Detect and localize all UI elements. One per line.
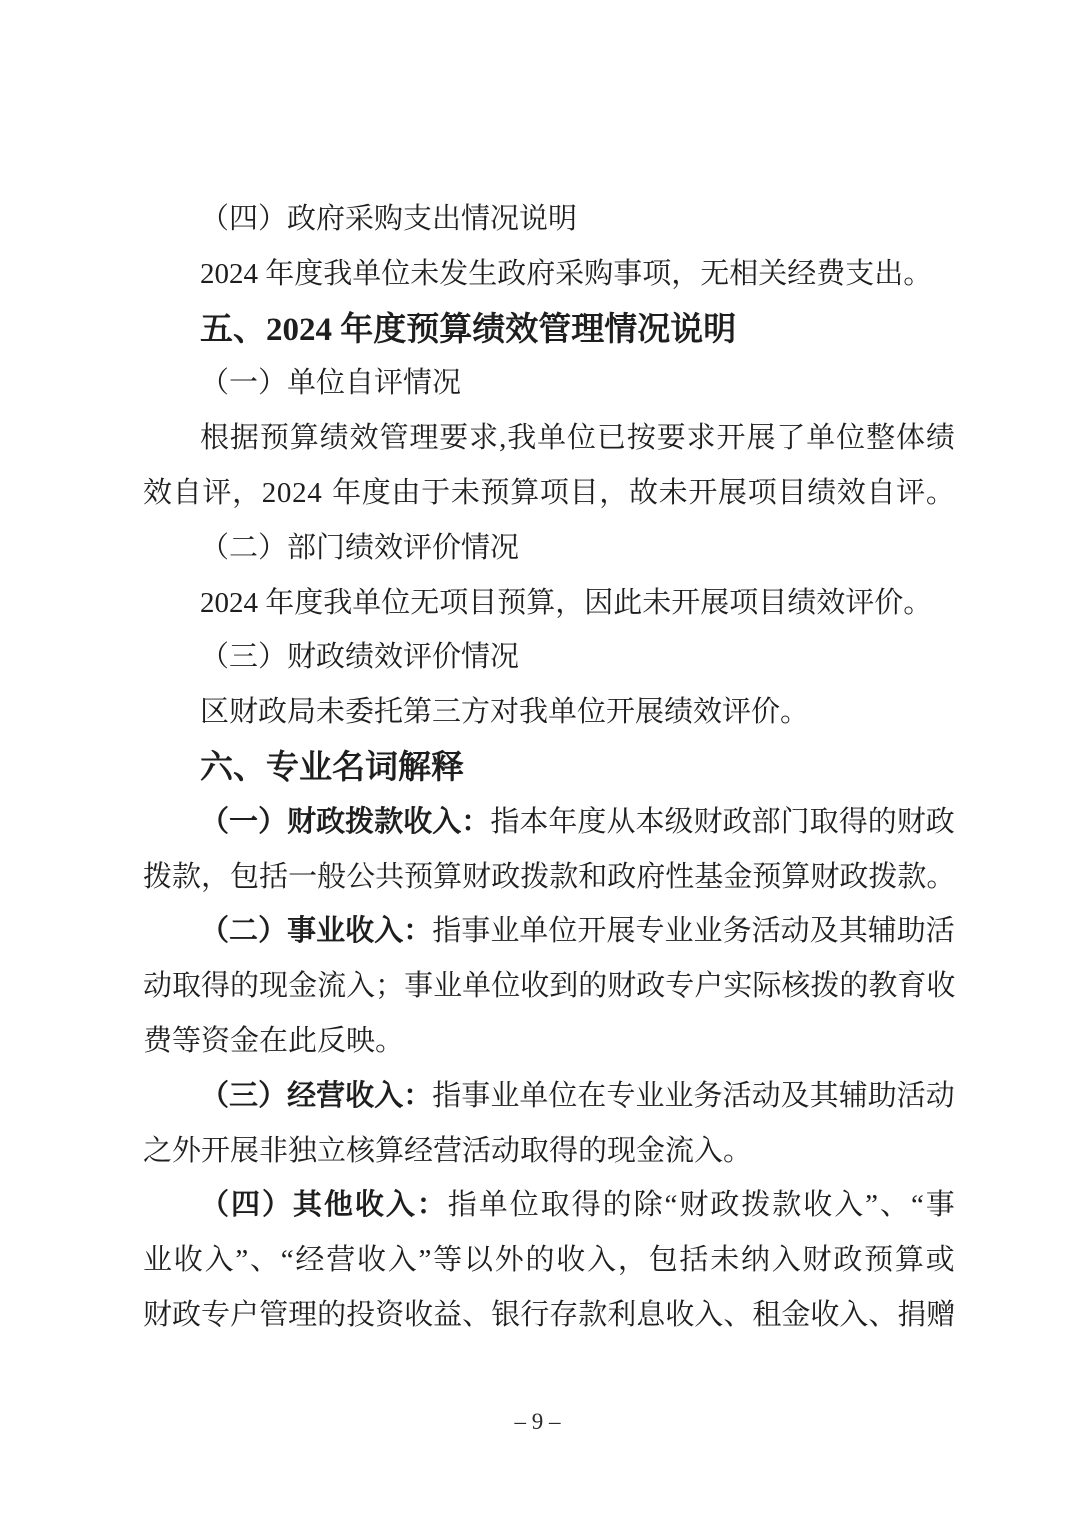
text-char: 算 — [433, 850, 462, 905]
text-run: 年度我单位无项目预算，因此未开展项目绩效评价。 — [265, 587, 932, 619]
text-char: 自 — [173, 466, 202, 521]
section-heading-line: 五、2024 年度预算绩效管理情况说明 — [143, 302, 955, 357]
text-char: 收 — [357, 1233, 386, 1288]
text-char: 的 — [839, 959, 868, 1014]
text-char: 拨 — [868, 850, 897, 905]
text-char: 我 — [507, 411, 536, 466]
text-char: 拨 — [345, 795, 374, 850]
text-char: 预 — [752, 850, 781, 905]
text-char: 年 — [332, 466, 361, 521]
text-char: 项 — [748, 466, 777, 521]
text-char: 据 — [230, 411, 259, 466]
text-line: 之外开展非独立核算经营活动取得的现金流入。 — [143, 1124, 955, 1179]
text-char: 展 — [718, 466, 747, 521]
text-char: 按 — [627, 411, 656, 466]
text-char: 位 — [510, 1178, 539, 1233]
text-char: 预 — [404, 850, 433, 905]
text-char: 评 — [896, 466, 925, 521]
text-char: 动 — [781, 904, 810, 959]
text-char: 指 — [432, 904, 461, 959]
text-char: 、 — [868, 1288, 897, 1343]
text-char: 拨 — [810, 959, 839, 1014]
text-char: 入 — [587, 1233, 616, 1288]
text-char: 育 — [897, 959, 926, 1014]
text-char: 得 — [839, 795, 868, 850]
text-char: ” — [419, 1233, 432, 1288]
text-line: （二）部门绩效评价情况 — [143, 521, 955, 576]
text-char: 入 — [386, 1178, 415, 1233]
text-char: 拨 — [520, 850, 549, 905]
text-char: 动 — [752, 1069, 781, 1124]
text-char: 款 — [772, 1178, 801, 1233]
text-char: 租 — [752, 1288, 781, 1343]
text-char: 专 — [606, 1069, 635, 1124]
text-char: 辅 — [868, 904, 897, 959]
text-char: 单 — [537, 411, 566, 466]
text-line: 2024 年度我单位未发生政府采购事项，无相关经费支出。 — [143, 247, 955, 302]
text-char: 理 — [409, 411, 438, 466]
text-char: （ — [200, 795, 229, 850]
text-char: 度 — [362, 466, 391, 521]
text-char: 由 — [391, 466, 420, 521]
text-char: 收 — [355, 1178, 384, 1233]
text-char: 和 — [578, 850, 607, 905]
text-char: 共 — [375, 850, 404, 905]
text-char: 活 — [752, 904, 781, 959]
text-char: 绩 — [807, 466, 836, 521]
text-char: 实 — [723, 959, 752, 1014]
text-char: ） — [262, 1178, 291, 1233]
text-char: （ — [200, 904, 229, 959]
text-run: 费等资金在此反映。 — [143, 1025, 404, 1057]
text-char: 单 — [462, 959, 491, 1014]
text-char: 要 — [657, 411, 686, 466]
text-char: 款 — [897, 850, 926, 905]
text-char: 财 — [897, 795, 926, 850]
text-char: 指 — [490, 795, 519, 850]
text-char: 拨 — [741, 1178, 770, 1233]
text-char: 取 — [810, 795, 839, 850]
text-char: 经 — [295, 1233, 324, 1288]
text-char: 务 — [723, 904, 752, 959]
text-char: 单 — [519, 1069, 548, 1124]
text-char: ： — [461, 795, 490, 850]
text-char: 得 — [572, 1178, 601, 1233]
text-char: 效 — [143, 466, 172, 521]
text-char: “ — [665, 1178, 678, 1233]
text-char: 经 — [287, 1069, 316, 1124]
text-char: 、 — [462, 1288, 491, 1343]
text-char: 事 — [461, 1069, 490, 1124]
text-char: ” — [865, 1178, 878, 1233]
text-run: （一）单位自评情况 — [200, 367, 461, 399]
text-char: 政 — [839, 850, 868, 905]
text-char: 款 — [578, 1288, 607, 1343]
text-char: 部 — [752, 795, 781, 850]
text-char: ， — [618, 1233, 647, 1288]
text-char: 收 — [174, 1233, 203, 1288]
text-char: 指 — [432, 1069, 461, 1124]
text-char: 的 — [230, 959, 259, 1014]
text-char: 单 — [519, 904, 548, 959]
text-char: 收 — [345, 1069, 374, 1124]
text-char: 包 — [649, 1233, 678, 1288]
text-char: 款 — [172, 850, 201, 905]
text-char: 政 — [723, 795, 752, 850]
text-char: 事 — [287, 904, 316, 959]
text-line: 2024 年度我单位无项目预算，因此未开展项目绩效评价。 — [143, 576, 955, 631]
text-char: 助 — [897, 904, 926, 959]
text-char: 算 — [781, 850, 810, 905]
text-char: 财 — [607, 959, 636, 1014]
text-char: 务 — [694, 1069, 723, 1124]
text-char: 效 — [350, 411, 379, 466]
text-char: 门 — [781, 795, 810, 850]
text-char: 包 — [230, 850, 259, 905]
text-char: 业 — [316, 904, 345, 959]
text-char: 政 — [607, 850, 636, 905]
text-char: 指 — [448, 1178, 477, 1233]
text-char: 三 — [229, 1069, 258, 1124]
text-char: （ — [200, 1178, 229, 1233]
text-line: （一）单位自评情况 — [143, 356, 955, 411]
text-char: 财 — [287, 795, 316, 850]
text-char: 款 — [549, 850, 578, 905]
text-char: ： — [403, 1069, 432, 1124]
text-char: 4 — [307, 466, 322, 521]
text-char: 、 — [723, 1288, 752, 1343]
text-char: 入 — [374, 904, 403, 959]
text-char: 业 — [490, 904, 519, 959]
text-char: 理 — [288, 1288, 317, 1343]
text-char: 已 — [597, 411, 626, 466]
text-char: 预 — [481, 466, 510, 521]
text-char: 位 — [548, 1069, 577, 1124]
text-line: 区财政局未委托第三方对我单位开展绩效评价。 — [143, 685, 955, 740]
text-char: 拨 — [143, 850, 172, 905]
text-char: 位 — [567, 411, 596, 466]
text-char: 财 — [694, 795, 723, 850]
text-char: 级 — [665, 795, 694, 850]
text-char: 营 — [326, 1233, 355, 1288]
text-char: 以 — [464, 1233, 493, 1288]
text-char: 四 — [231, 1178, 260, 1233]
text-line: （三）经营收入：指事业单位在专业业务活动及其辅助活动 — [143, 1069, 955, 1124]
text-char: 款 — [374, 795, 403, 850]
text-run: 2024 — [200, 258, 258, 290]
text-run: 六、专业名词解释 — [200, 748, 464, 785]
text-char: 从 — [606, 795, 635, 850]
page-number: – 9 – — [0, 1408, 1075, 1436]
text-char: 财 — [143, 1288, 172, 1343]
text-char: 金 — [288, 959, 317, 1014]
text-char: 存 — [549, 1288, 578, 1343]
text-char: 入 — [388, 1233, 417, 1288]
text-char: ） — [258, 904, 287, 959]
text-char: 业 — [143, 1233, 172, 1288]
text-run: （三）财政绩效评价情况 — [200, 641, 519, 673]
text-run: （二）部门绩效评价情况 — [200, 532, 519, 564]
text-char: 财 — [462, 850, 491, 905]
text-run — [332, 312, 340, 348]
text-char: , — [499, 411, 506, 466]
text-char: 政 — [636, 959, 665, 1014]
text-char: 预 — [864, 1233, 893, 1288]
text-char: 位 — [548, 904, 577, 959]
text-char: 及 — [810, 904, 839, 959]
text-char: 财 — [803, 1233, 832, 1288]
text-char: 业 — [665, 1069, 694, 1124]
text-char: 政 — [833, 1233, 862, 1288]
text-char: 事 — [404, 959, 433, 1014]
text-char: 动 — [143, 959, 172, 1014]
text-char: 助 — [868, 1069, 897, 1124]
text-char: 般 — [317, 850, 346, 905]
text-char: 业 — [433, 959, 462, 1014]
text-char: 了 — [776, 411, 805, 466]
text-char: ” — [235, 1233, 248, 1288]
text-char: 的 — [526, 1233, 555, 1288]
text-char: 行 — [520, 1288, 549, 1343]
text-char: 要 — [439, 411, 468, 466]
text-char: 或 — [926, 1233, 955, 1288]
text-char: 收 — [403, 795, 432, 850]
text-char: 本 — [519, 795, 548, 850]
text-char: 管 — [379, 411, 408, 466]
text-char: 户 — [694, 959, 723, 1014]
text-char: 公 — [346, 850, 375, 905]
text-char: ， — [201, 850, 230, 905]
text-char: 入 — [205, 1233, 234, 1288]
text-char: 效 — [837, 466, 866, 521]
text-char: 二 — [229, 904, 258, 959]
text-char: 管 — [259, 1288, 288, 1343]
text-line: 业收入”、“经营收入”等以外的收入，包括未纳入财政预算或 — [143, 1233, 955, 1288]
text-char: 2 — [292, 466, 307, 521]
text-run: 之外开展非独立核算经营活动取得的现金流入。 — [143, 1135, 752, 1167]
text-char: 一 — [229, 795, 258, 850]
text-char: 收 — [926, 959, 955, 1014]
text-line: 费等资金在此反映。 — [143, 1014, 955, 1069]
text-char: ： — [417, 1178, 446, 1233]
text-char: 评 — [202, 466, 231, 521]
text-char: 入 — [432, 795, 461, 850]
text-char: 金 — [723, 850, 752, 905]
text-line: 动取得的现金流入；事业单位收到的财政专户实际核拨的教育收 — [143, 959, 955, 1014]
text-char: 收 — [404, 1288, 433, 1343]
text-char: 基 — [694, 850, 723, 905]
text-char: 收 — [803, 1178, 832, 1233]
text-char: 算 — [510, 466, 539, 521]
text-char: 捐 — [897, 1288, 926, 1343]
text-char: 开 — [577, 904, 606, 959]
text-char: 及 — [781, 1069, 810, 1124]
text-char: 银 — [491, 1288, 520, 1343]
text-char: 财 — [810, 850, 839, 905]
text-char: 活 — [723, 1069, 752, 1124]
text-char: ， — [599, 466, 628, 521]
text-char: 目 — [570, 466, 599, 521]
text-char: 括 — [679, 1233, 708, 1288]
text-char: ； — [375, 959, 404, 1014]
text-line: （四）其他收入：指单位取得的除“财政拨款收入”、“事 — [143, 1178, 955, 1233]
text-char: 专 — [635, 904, 664, 959]
text-char: 0 — [277, 466, 292, 521]
text-line: （一）财政拨款收入：指本年度从本级财政部门取得的财政 — [143, 795, 955, 850]
text-char: 2 — [262, 466, 277, 521]
text-char: ） — [258, 1069, 287, 1124]
text-char: 单 — [806, 411, 835, 466]
text-char: 事 — [926, 1178, 955, 1233]
text-char: 政 — [316, 795, 345, 850]
text-char: 算 — [895, 1233, 924, 1288]
text-char: 求 — [687, 411, 716, 466]
text-char: 等 — [433, 1233, 462, 1288]
text-char: ， — [232, 466, 261, 521]
text-char: 动 — [926, 1069, 955, 1124]
text-char: 赠 — [926, 1288, 955, 1343]
text-char: 他 — [324, 1178, 353, 1233]
text-run: 年度预算绩效管理情况说明 — [340, 310, 736, 347]
text-char: 开 — [688, 466, 717, 521]
text-char: 业 — [694, 904, 723, 959]
text-char: 预 — [260, 411, 289, 466]
text-char: 的 — [603, 1178, 632, 1233]
text-char: 入 — [772, 1233, 801, 1288]
text-char: 到 — [549, 959, 578, 1014]
text-char: 府 — [636, 850, 665, 905]
text-char: 外 — [495, 1233, 524, 1288]
text-char: 现 — [259, 959, 288, 1014]
text-char: 未 — [451, 466, 480, 521]
text-char: 、 — [880, 1178, 909, 1233]
text-char: “ — [911, 1178, 924, 1233]
text-char: 。 — [926, 850, 955, 905]
text-line: 拨款，包括一般公共预算财政拨款和政府性基金预算财政拨款。 — [143, 850, 955, 905]
text-char: “ — [281, 1233, 294, 1288]
text-char: （ — [200, 1069, 229, 1124]
text-char: 业 — [665, 904, 694, 959]
text-char: 得 — [201, 959, 230, 1014]
text-char: 在 — [577, 1069, 606, 1124]
text-char: 收 — [665, 1288, 694, 1343]
text-run: 区财政局未委托第三方对我单位开展绩效评价。 — [200, 696, 809, 728]
text-char: 的 — [317, 1288, 346, 1343]
text-char: 核 — [781, 959, 810, 1014]
text-run: 年度我单位未发生政府采购事项，无相关经费支出。 — [265, 258, 932, 290]
text-line: 效自评，2024 年度由于未预算项目，故未开展项目绩效自评。 — [143, 466, 955, 521]
text-char: 除 — [634, 1178, 663, 1233]
section-heading-line: 六、专业名词解释 — [143, 740, 955, 795]
text-char: 绩 — [926, 411, 955, 466]
text-char: 收 — [810, 1288, 839, 1343]
text-char: 本 — [635, 795, 664, 850]
text-char: 业 — [635, 1069, 664, 1124]
text-char: 收 — [345, 904, 374, 959]
text-char: 入 — [839, 1288, 868, 1343]
text-line: （三）财政绩效评价情况 — [143, 630, 955, 685]
text-char: 入 — [374, 1069, 403, 1124]
text-char: 业 — [490, 1069, 519, 1124]
text-char: 流 — [317, 959, 346, 1014]
text-line: 根据预算绩效管理要求,我单位已按要求开展了单位整体绩 — [143, 411, 955, 466]
text-char: 利 — [607, 1288, 636, 1343]
text-char: 资 — [375, 1288, 404, 1343]
text-char: 投 — [346, 1288, 375, 1343]
text-line: （二）事业收入：指事业单位开展专业业务活动及其辅助活 — [143, 904, 955, 959]
text-char: 收 — [520, 959, 549, 1014]
text-char: 单 — [479, 1178, 508, 1233]
text-line: （四）政府采购支出情况说明 — [143, 192, 955, 247]
text-char: 政 — [926, 795, 955, 850]
text-line: 财政专户管理的投资收益、银行存款利息收入、租金收入、捐赠 — [143, 1288, 955, 1343]
text-char: 益 — [433, 1288, 462, 1343]
text-char: 故 — [629, 466, 658, 521]
text-char: 活 — [897, 1069, 926, 1124]
text-char: 项 — [540, 466, 569, 521]
text-char: ） — [258, 795, 287, 850]
document-content: （四）政府采购支出情况说明2024 年度我单位未发生政府采购事项，无相关经费支出… — [143, 192, 955, 1343]
text-char: 入 — [346, 959, 375, 1014]
text-char: 于 — [421, 466, 450, 521]
text-char: 其 — [293, 1178, 322, 1233]
text-char: 一 — [288, 850, 317, 905]
text-run: 2024 — [266, 312, 332, 348]
text-char: 际 — [752, 959, 781, 1014]
text-char: 政 — [491, 850, 520, 905]
document-page: （四）政府采购支出情况说明2024 年度我单位未发生政府采购事项，无相关经费支出… — [0, 0, 1075, 1520]
text-char: 取 — [172, 959, 201, 1014]
text-char: 其 — [839, 904, 868, 959]
text-char: 。 — [926, 466, 955, 521]
text-char: 整 — [866, 411, 895, 466]
text-char: 收 — [556, 1233, 585, 1288]
text-char: 的 — [578, 959, 607, 1014]
text-char: 政 — [710, 1178, 739, 1233]
text-char: ： — [403, 904, 432, 959]
text-char: 财 — [679, 1178, 708, 1233]
text-char: 政 — [172, 1288, 201, 1343]
text-char: 位 — [836, 411, 865, 466]
text-char: 息 — [636, 1288, 665, 1343]
text-char: 根 — [200, 411, 229, 466]
text-char: 位 — [491, 959, 520, 1014]
text-char: 求 — [469, 411, 498, 466]
text-char: 专 — [665, 959, 694, 1014]
text-char: 算 — [290, 411, 319, 466]
text-char: 、 — [250, 1233, 279, 1288]
text-char: 括 — [259, 850, 288, 905]
text-char — [322, 466, 331, 521]
text-char: 活 — [926, 904, 955, 959]
text-char: 金 — [781, 1288, 810, 1343]
text-char: 展 — [746, 411, 775, 466]
text-char: 绩 — [320, 411, 349, 466]
text-char: 度 — [577, 795, 606, 850]
text-run: （四）政府采购支出情况说明 — [200, 203, 577, 235]
text-char: 辅 — [839, 1069, 868, 1124]
text-run: 2024 — [200, 587, 258, 619]
text-char: 取 — [541, 1178, 570, 1233]
text-char: 未 — [710, 1233, 739, 1288]
text-char: 入 — [694, 1288, 723, 1343]
text-char: 专 — [201, 1288, 230, 1343]
text-char: 营 — [316, 1069, 345, 1124]
text-char: 事 — [461, 904, 490, 959]
text-char: 未 — [659, 466, 688, 521]
text-char: 展 — [606, 904, 635, 959]
text-char: 其 — [810, 1069, 839, 1124]
